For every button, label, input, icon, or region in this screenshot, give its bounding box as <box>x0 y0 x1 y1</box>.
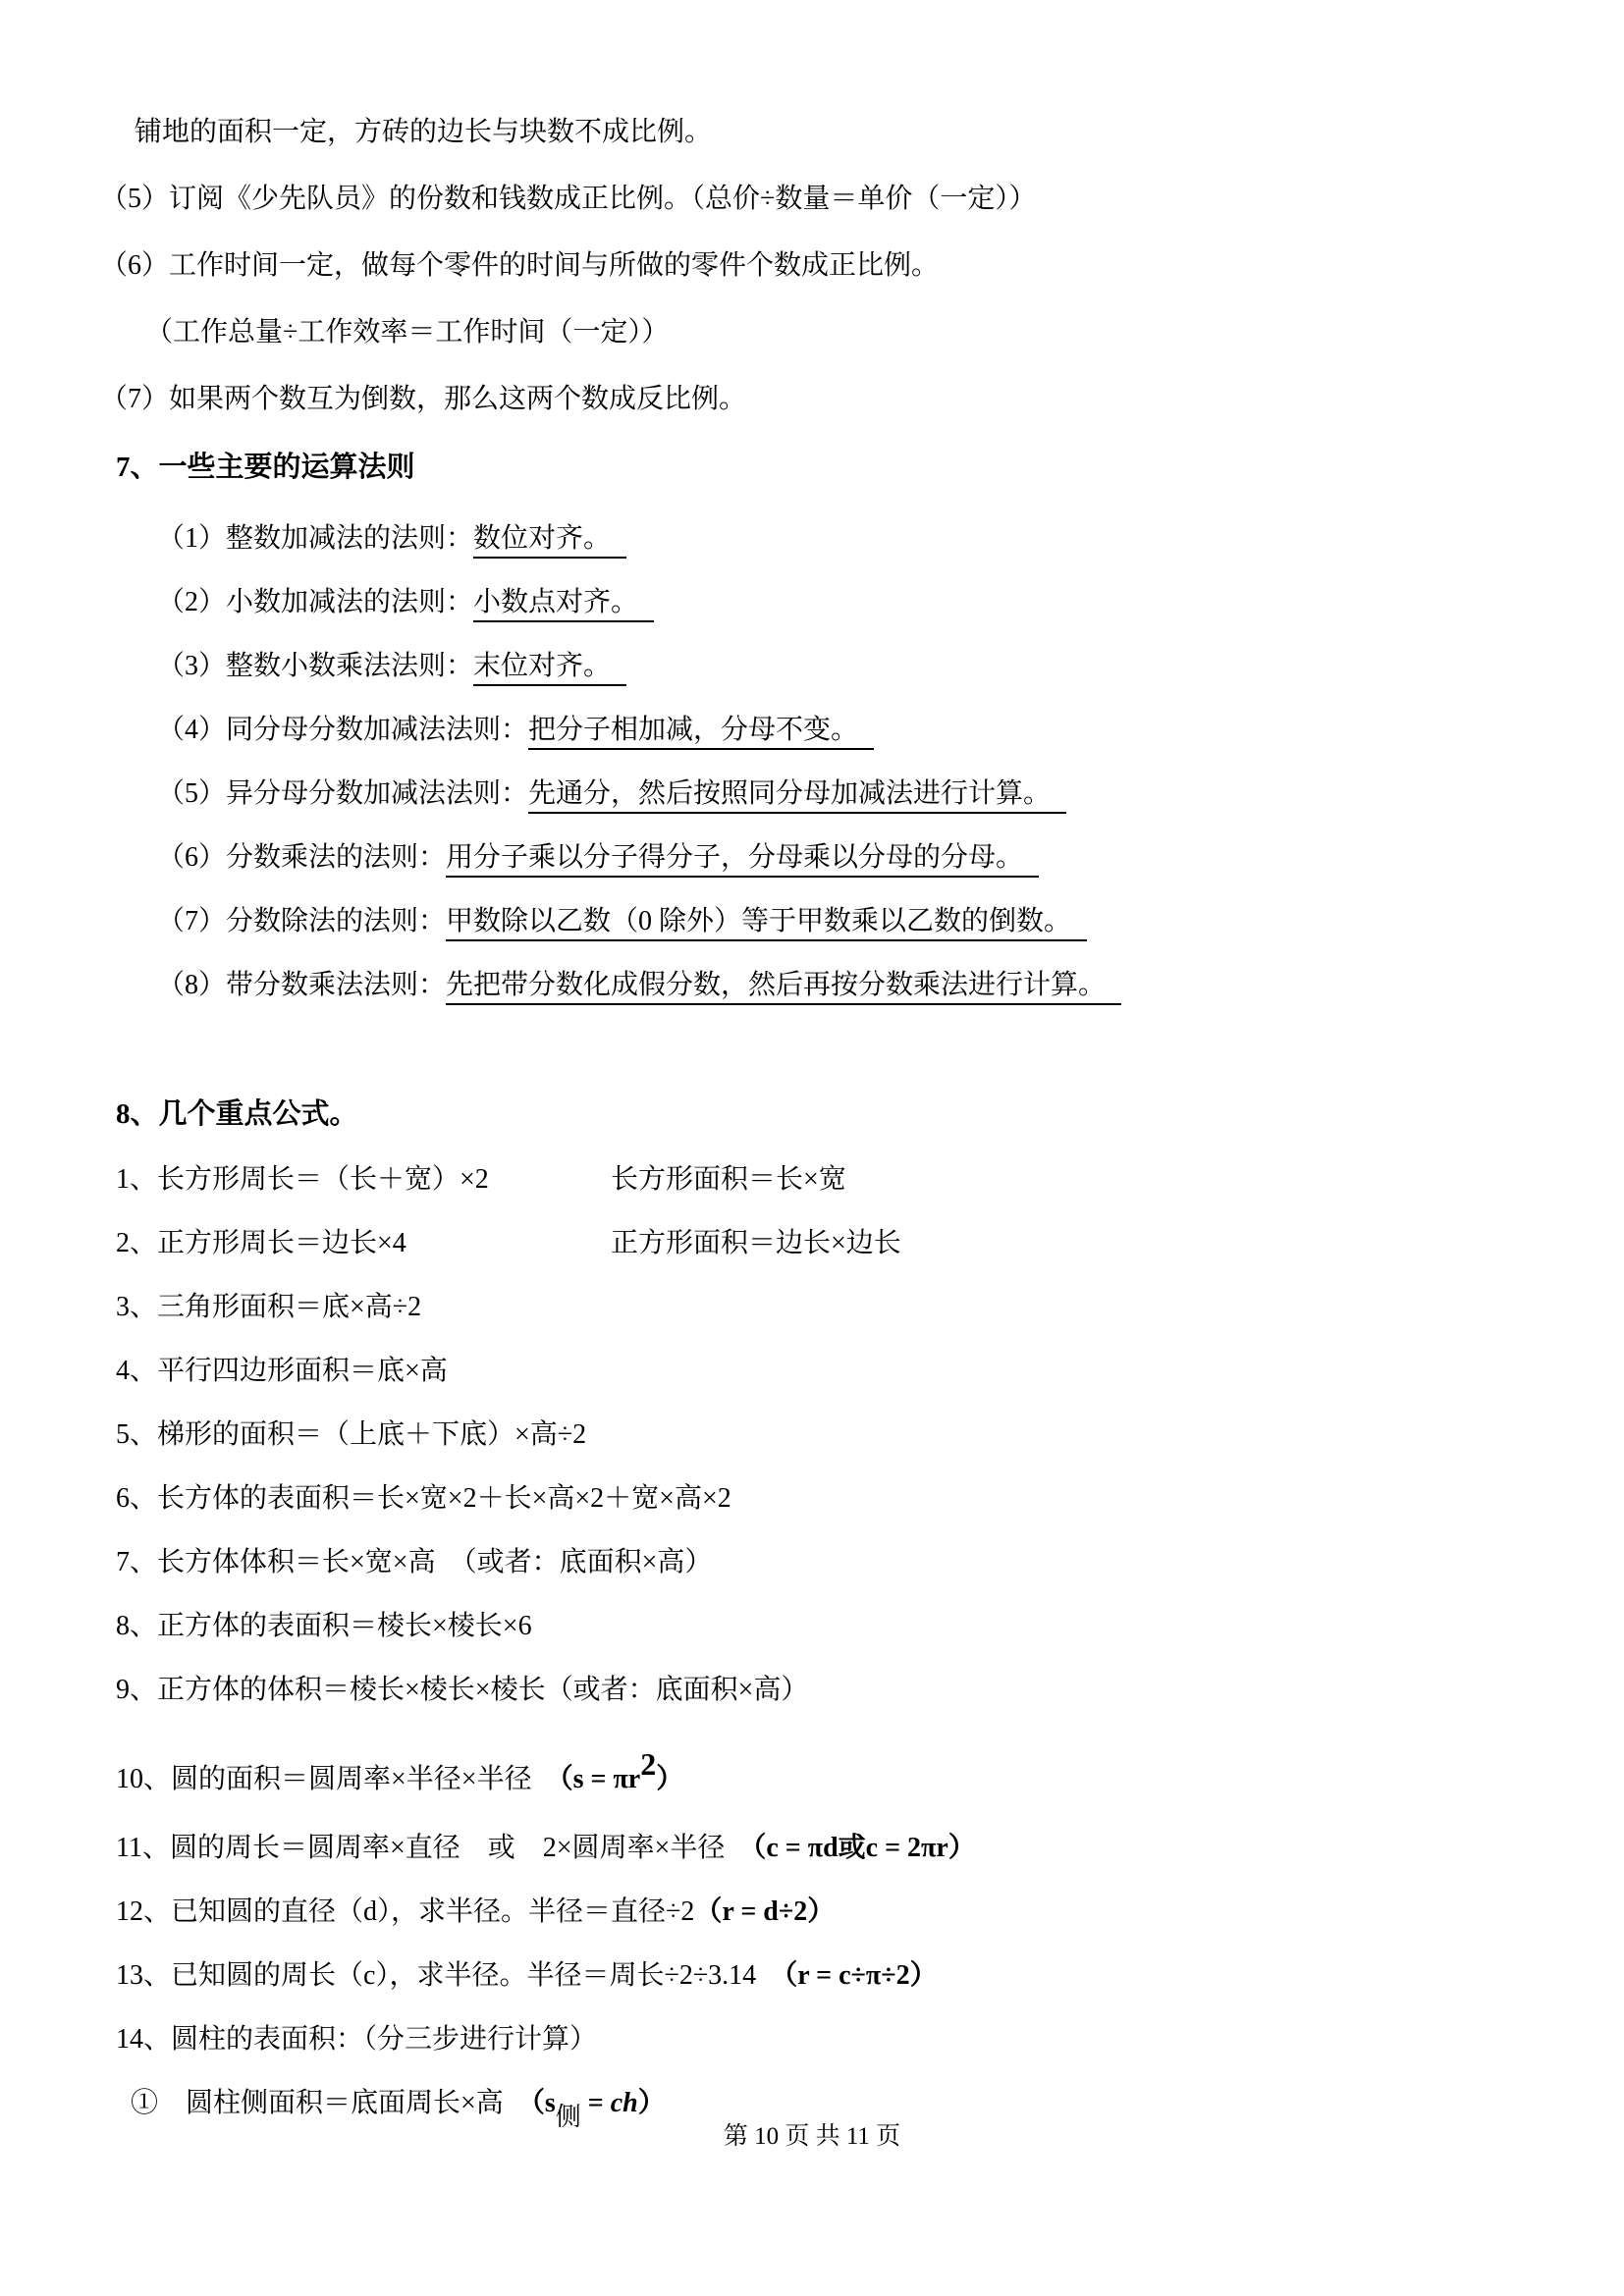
intro-item-6-note-text: （工作总量÷工作效率＝工作时间（一定）） <box>145 317 669 347</box>
formula-text: 长方体体积＝长×宽×高 （或者：底面积×高） <box>157 1547 712 1577</box>
formula-text: 长方体的表面积＝长×宽×2＋长×高×2＋宽×高×2 <box>157 1483 731 1514</box>
formula-right-column: 长方形面积＝长×宽 <box>611 1165 846 1195</box>
formula-text: 正方体的表面积＝棱长×棱长×6 <box>157 1611 532 1641</box>
formula-number: 2、 <box>116 1228 157 1258</box>
formula-math-mid: = <box>581 2088 611 2118</box>
page: { "colors": { "text": "#000000", "backgr… <box>0 0 1624 2296</box>
formula-item-3: 3、三角形面积＝底×高÷2 <box>116 1293 1555 1322</box>
formula-number: 3、 <box>116 1292 157 1322</box>
formula-item-12: 12、已知圆的直径（d），求半径。半径＝直径÷2（r = d÷2） <box>116 1897 1555 1927</box>
formula-item-14: 14、圆柱的表面积：（分三步进行计算） <box>116 2025 1555 2055</box>
superscript: 2 <box>640 1746 656 1782</box>
rule-prefix: （3）整数小数乘法法则： <box>157 651 473 681</box>
intro-item-7: （7）如果两个数互为倒数，那么这两个数成反比例。 <box>100 385 1555 414</box>
formula-item-9: 9、正方体的体积＝棱长×棱长×棱长（或者：底面积×高） <box>116 1676 1555 1705</box>
formula-math: （c = πd或c = 2πr） <box>752 1833 975 1863</box>
rule-underlined-text: 先通分，然后按照同分母加减法进行计算。 <box>528 778 1066 814</box>
rule-prefix: （2）小数加减法的法则： <box>157 587 473 617</box>
rule-underlined-text: 末位对齐。 <box>473 651 626 686</box>
formula-number: 10、 <box>116 1764 171 1794</box>
section8-title: 8、几个重点公式。 <box>116 1098 1555 1130</box>
formula-number: ① <box>131 2088 186 2118</box>
formula-text: 三角形面积＝底×高÷2 <box>157 1292 421 1322</box>
rule-item-1: （1）整数加减法的法则：数位对齐。 <box>157 524 1555 554</box>
rule-item-3: （3）整数小数乘法法则：末位对齐。 <box>157 652 1555 681</box>
formula-item-1: 1、长方形周长＝（长＋宽）×2 长方形面积＝长×宽 <box>116 1165 1555 1195</box>
formula-number: 4、 <box>116 1356 157 1386</box>
formula-number: 7、 <box>116 1547 157 1577</box>
rule-underlined-text: 先把带分数化成假分数，然后再按分数乘法进行计算。 <box>446 970 1121 1005</box>
formula-item-8: 8、正方体的表面积＝棱长×棱长×6 <box>116 1612 1555 1641</box>
formula-number: 11、 <box>116 1833 170 1863</box>
formula-number: 12、 <box>116 1896 171 1927</box>
formula-item-2: 2、正方形周长＝边长×4 正方形面积＝边长×边长 <box>116 1229 1555 1258</box>
formula-text: 长方形周长＝（长＋宽）×2 <box>157 1164 489 1195</box>
rule-underlined-text: 甲数除以乙数（0 除外）等于甲数乘以乙数的倒数。 <box>446 906 1087 941</box>
formula-math: （s = πr <box>560 1764 641 1794</box>
page-footer: 第 10 页 共 11 页 <box>0 2123 1624 2151</box>
rule-underlined-text: 把分子相加减，分母不变。 <box>528 715 874 750</box>
intro-item-6-note: （工作总量÷工作效率＝工作时间（一定）） <box>145 318 1555 347</box>
formula-text: 已知圆的直径（d），求半径。半径＝直径÷2 <box>171 1896 694 1927</box>
rule-item-4: （4）同分母分数加减法法则：把分子相加减，分母不变。 <box>157 716 1555 745</box>
formula-text: 圆的周长＝圆周率×直径 或 2×圆周率×半径 <box>170 1833 752 1863</box>
formula-item-6: 6、长方体的表面积＝长×宽×2＋长×高×2＋宽×高×2 <box>116 1484 1555 1514</box>
formula-text: 圆柱的表面积：（分三步进行计算） <box>171 2024 597 2055</box>
intro-item-7-text: （7）如果两个数互为倒数，那么这两个数成反比例。 <box>100 384 746 414</box>
document-body: 铺地的面积一定，方砖的边长与块数不成比例。 （5）订阅《少先队员》的份数和钱数成… <box>0 0 1624 2132</box>
formula-math: （r = d÷2） <box>694 1896 835 1927</box>
rule-prefix: （7）分数除法的法则： <box>157 906 446 936</box>
rule-underlined-text: 用分子乘以分子得分子，分母乘以分母的分母。 <box>446 842 1039 878</box>
formula-item-11: 11、圆的周长＝圆周率×直径 或 2×圆周率×半径 （c = πd或c = 2π… <box>116 1834 1555 1863</box>
rule-item-2: （2）小数加减法的法则：小数点对齐。 <box>157 588 1555 617</box>
formula-item-13: 13、已知圆的周长（c），求半径。半径＝周长÷2÷3.14 （r = c÷π÷2… <box>116 1961 1555 1991</box>
formula-math: （s <box>531 2088 556 2118</box>
rule-prefix: （6）分数乘法的法则： <box>157 842 446 873</box>
formula-number: 5、 <box>116 1419 157 1450</box>
rule-prefix: （1）整数加减法的法则： <box>157 523 473 554</box>
formula-number: 8、 <box>116 1611 157 1641</box>
intro-continuation-line: 铺地的面积一定，方砖的边长与块数不成比例。 <box>135 118 1555 147</box>
intro-item-5: （5）订阅《少先队员》的份数和钱数成正比例。（总价÷数量＝单价（一定）） <box>100 185 1555 214</box>
formula-text: 正方形周长＝边长×4 <box>157 1228 406 1258</box>
formula-item-10: 10、圆的面积＝圆周率×半径×半径 （s = πr2） <box>116 1749 1555 1794</box>
formula-item-5: 5、梯形的面积＝（上底＋下底）×高÷2 <box>116 1420 1555 1450</box>
formula-text: 平行四边形面积＝底×高 <box>157 1356 448 1386</box>
intro-continuation-text: 铺地的面积一定，方砖的边长与块数不成比例。 <box>135 117 712 147</box>
formula-text: 正方体的体积＝棱长×棱长×棱长（或者：底面积×高） <box>157 1675 808 1705</box>
formula-item-7: 7、长方体体积＝长×宽×高 （或者：底面积×高） <box>116 1548 1555 1577</box>
rule-underlined-text: 数位对齐。 <box>473 523 626 559</box>
rule-prefix: （4）同分母分数加减法法则： <box>157 715 528 745</box>
intro-item-6: （6）工作时间一定，做每个零件的时间与所做的零件个数成正比例。 <box>100 251 1555 281</box>
formula-text: 圆的面积＝圆周率×半径×半径 <box>171 1764 560 1794</box>
rule-item-7: （7）分数除法的法则：甲数除以乙数（0 除外）等于甲数乘以乙数的倒数。 <box>157 907 1555 936</box>
formula-number: 1、 <box>116 1164 157 1195</box>
rule-prefix: （5）异分母分数加减法法则： <box>157 778 528 809</box>
formula-math-close: ） <box>656 1764 683 1794</box>
formula-item-4: 4、平行四边形面积＝底×高 <box>116 1357 1555 1386</box>
formula-number: 9、 <box>116 1675 157 1705</box>
formula-math-close: ） <box>638 2088 666 2118</box>
intro-item-6-text: （6）工作时间一定，做每个零件的时间与所做的零件个数成正比例。 <box>100 250 939 281</box>
formula-text: 已知圆的周长（c），求半径。半径＝周长÷2÷3.14 <box>171 1960 784 1991</box>
rule-prefix: （8）带分数乘法法则： <box>157 970 446 1000</box>
formula-text: 梯形的面积＝（上底＋下底）×高÷2 <box>157 1419 586 1450</box>
formula-number: 14、 <box>116 2024 171 2055</box>
formula-text: 圆柱侧面积＝底面周长×高 <box>186 2088 531 2118</box>
rule-underlined-text: 小数点对齐。 <box>473 587 654 622</box>
rule-item-8: （8）带分数乘法法则：先把带分数化成假分数，然后再按分数乘法进行计算。 <box>157 971 1555 1000</box>
formula-number: 13、 <box>116 1960 171 1991</box>
rule-item-6: （6）分数乘法的法则：用分子乘以分子得分子，分母乘以分母的分母。 <box>157 843 1555 873</box>
rule-item-5: （5）异分母分数加减法法则：先通分，然后按照同分母加减法进行计算。 <box>157 779 1555 809</box>
section7-title: 7、一些主要的运算法则 <box>116 452 1555 483</box>
formula-right-column: 正方形面积＝边长×边长 <box>611 1229 901 1258</box>
formula-math: （r = c÷π÷2） <box>784 1960 937 1991</box>
intro-item-5-text: （5）订阅《少先队员》的份数和钱数成正比例。（总价÷数量＝单价（一定）） <box>100 184 1036 214</box>
formula-number: 6、 <box>116 1483 157 1514</box>
formula-math-variable: ch <box>611 2088 638 2118</box>
